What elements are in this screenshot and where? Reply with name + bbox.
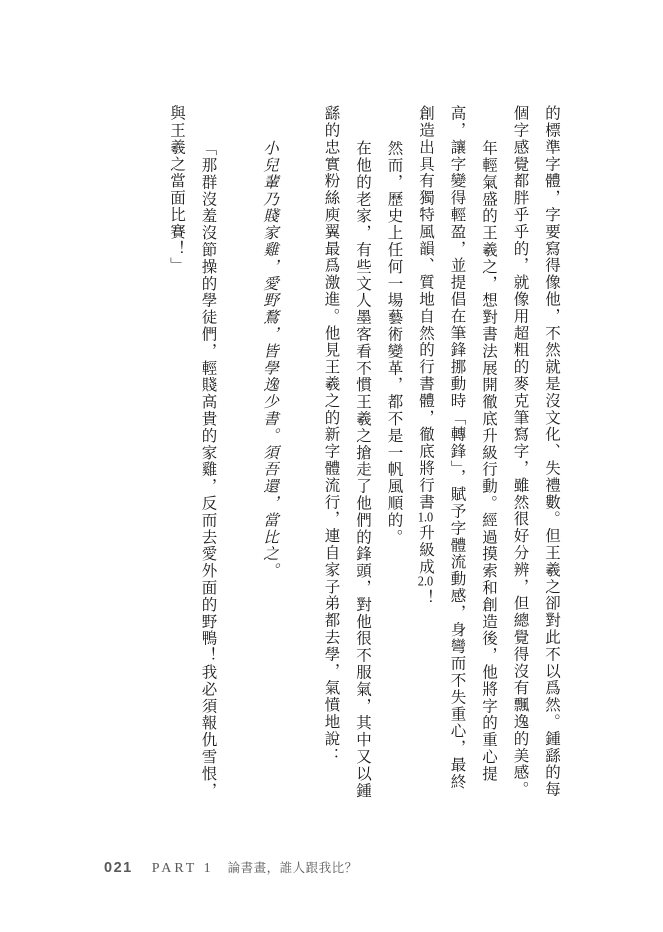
part-title: 論書畫，誰人跟我比？ [228,858,358,876]
footer: 021 PART 1 論書畫，誰人跟我比？ [104,858,358,877]
part-label: PART 1 [152,861,214,877]
text-block: 的標準字體，字要寫得像他，不然就是沒文化、失禮數。但王羲之卻對此不以爲然。鍾繇的… [161,105,568,805]
blockquote-yuyi-letter: 小兒輩乃賤家雞，愛野鶩，皆學逸少書。須吾還，當比之。 [254,105,286,805]
inline-version-number: 2.0 [418,575,433,589]
para-hometown-critics: 在他的老家，有些文人墨客看不慣王羲之搶走了他們的鋒頭，對他很不服氣，其中又以鍾繇… [315,105,378,805]
page-number: 021 [104,860,133,876]
para-however-art-reform: 然而，歷史上任何一場藝術變革，都不是一帆風順的。 [378,105,410,805]
book-page: 的標準字體，字要寫得像他，不然就是沒文化、失禮數。但王羲之卻對此不以爲然。鍾繇的… [0,0,663,932]
inline-version-number: 1.0 [418,511,433,525]
para-yuyi-speech: 「那群沒羞沒節操的學徒們，輕賤高貴的家雞，反而去愛外面的野鴨！我必須報仇雪恨，與… [161,105,224,805]
para-zhongyao-standard-font: 的標準字體，字要寫得像他，不然就是沒文化、失禮數。但王羲之卻對此不以爲然。鍾繇的… [504,105,567,805]
para-wangxizhi-upgrade: 年輕氣盛的王羲之，想對書法展開徹底升級行動。經過摸索和創造後，他將字的重心提高，… [410,105,505,805]
